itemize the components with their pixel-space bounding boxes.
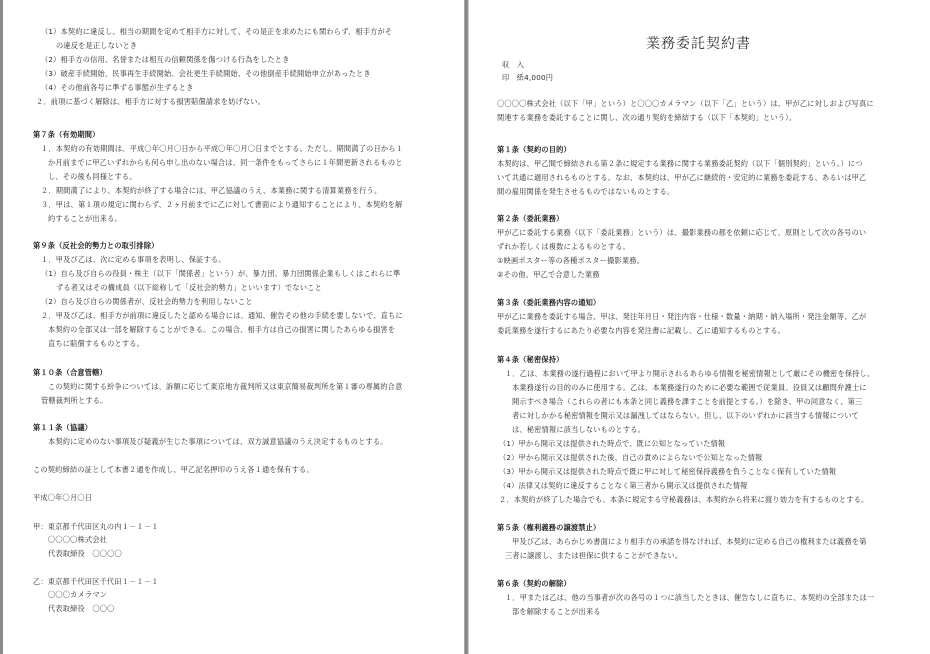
- text-line: この契約に関する紛争については、訴額に応じて東京地方裁判所又は東京簡易裁判所を第…: [48, 382, 402, 391]
- text-line: 三者に譲渡し、または担保に供することができない。: [505, 551, 682, 560]
- text-line: 平成〇年〇月〇日: [33, 493, 92, 502]
- text-line: （3）破産手続開始、民事再生手続開始、会社更生手続開始、その他倒産手続開始申立が…: [41, 69, 371, 78]
- text-line: 本契約に定めのない事項及び疑義が生じた事項については、双方誠意協議のうえ決定する…: [48, 437, 388, 446]
- document-title: 業務委託契約書: [646, 36, 751, 52]
- text-line: ２．前項に基づく解除は、相手方に対する損害賠償請求を妨げない。: [36, 97, 265, 106]
- text-line: の違反を是正しないとき: [56, 41, 137, 50]
- text-line: ３．甲は、第１項の規定に関わらず、２ヶ月前までに乙に対して書面により通知すること…: [41, 200, 402, 209]
- text-line: 印 紙4,000円: [502, 73, 553, 82]
- article-heading: 第４条（秘密保持）: [497, 355, 564, 364]
- text-line: 甲が乙に業務を委託する場合、甲は、発注年月日・発注内容・仕様・数量・納期・納入場…: [497, 312, 866, 321]
- text-line: 本業務遂行の目的のみに使用する。乙は、本業務遂行のために必要な範囲で従業員、役員…: [512, 383, 867, 392]
- article-heading: 第６条（契約の解除）: [497, 579, 571, 588]
- text-line: ２．甲及び乙は、相手方が前項に違反したと認める場合には、通知、催告その他の手続を…: [41, 311, 403, 320]
- text-line: （2）甲から開示又は提供された後、自己の責めによらないで公知となった情報: [499, 453, 762, 462]
- article-heading: 第７条（有効期間）: [33, 130, 100, 139]
- text-line: ②その他、甲乙で合意した業務: [497, 270, 600, 279]
- text-line: 約することが出来る。: [48, 214, 122, 223]
- text-line: １．甲または乙は、他の当事者が次の各号の１つに該当したときは、催告なしに直ちに、…: [505, 593, 874, 602]
- text-line: か月前までに甲乙いずれからも何ら申し出のない場合は、同一条件をもってさらに１年間…: [48, 158, 403, 167]
- text-line: この契約締結の証として本書２通を作成し、甲乙記名押印のうえ各１通を保有する。: [33, 465, 314, 474]
- text-line: （3）甲から開示又は提供された時点で既に甲に対して秘密保持義務を負うことなく保有…: [499, 467, 836, 476]
- text-line: ２．期間満了により、本契約が終了する場合には、甲乙協議のうえ、本業務に関する清算…: [41, 186, 381, 195]
- text-line: 関連する業務を委託することに関し、次の通り契約を締結する（以下「本契約」という）…: [497, 113, 796, 122]
- text-line: は、秘密情報に該当しないものとする。: [512, 425, 645, 434]
- text-line: １．甲及び乙は、次に定める事項を表明し、保証する。: [41, 255, 226, 264]
- text-line: し、その後も同様とする。: [48, 172, 137, 181]
- text-line: 本契約の全部又は一部を解除することができる。この場合、相手方は自己の損害に関した…: [48, 325, 395, 334]
- text-line: 開示すべき場合（これらの者にも本条と同じ義務を課すことを前提とする。）を除き、甲…: [512, 397, 862, 406]
- text-line: ２．本契約が終了した場合でも、本条に規定する守秘義務は、本契約から将来に渡り効力…: [499, 495, 868, 504]
- text-line: （2）相手方の信用、名誉または相互の信頼関係を傷つける行為をしたとき: [41, 55, 290, 64]
- text-line: （1）本契約に違反し、相当の期間を定めて相手方に対して、その是正を求めたにも関わ…: [41, 27, 392, 36]
- article-heading: 第９条（反社会的勢力との取引排除）: [33, 241, 159, 250]
- article-heading: 第５条（権利義務の譲渡禁止）: [497, 523, 600, 532]
- document-page-right: 業務委託契約書 収 入印 紙4,000円〇〇〇〇株式会社（以下「甲」という）と〇…: [469, 0, 930, 654]
- text-line: 本契約は、甲乙間で締結される第２条に規定する業務に関する業務委託契約（以下「個別…: [497, 159, 863, 168]
- article-heading: 第２条（委託業務）: [497, 214, 564, 223]
- text-line: 〇〇〇〇株式会社: [48, 535, 107, 544]
- text-line: 乙：東京都千代田区千代田１－１－１: [33, 577, 159, 586]
- text-line: 甲が乙に委託する業務（以下「委託業務」という）は、撮影業務の都を依頼に応じて、原…: [497, 228, 866, 237]
- text-line: （2）自ら及び自らの関係者が、反社会的勢力を利用しないこと: [41, 297, 253, 306]
- text-line: ずれか若しくは複数によるものとする。: [497, 242, 630, 251]
- text-line: １．乙は、本業務の遂行過程において甲より開示されるあらゆる情報を秘密情報として厳…: [505, 369, 874, 378]
- text-line: （4）法律又は契約に違反することなく第三者から開示又は提供された情報: [499, 481, 748, 490]
- text-line: 〇〇〇〇株式会社（以下「甲」という）と〇〇〇カメラマン（以下「乙」という）は、甲…: [497, 99, 874, 108]
- text-line: （4）その他前各号に準ずる事態が生ずるとき: [41, 83, 194, 92]
- text-line: いて共通に適用されるものとする。なお、本契約は、甲が乙に継続的・安定的に業務を委…: [497, 173, 866, 182]
- text-line: 代表取締役 〇〇〇: [48, 604, 115, 613]
- text-line: 間の雇用関係を発生させるものではないものとする。: [497, 187, 674, 196]
- text-line: ずる者又はその構成員（以下総称して「反社会的勢力」といいます）でないこと: [56, 283, 322, 292]
- text-line: ①映画ポスター等の各種ポスター撮影業務。: [497, 256, 644, 265]
- text-line: 甲及び乙は、あらかじめ書面により相手方の承諾を得なければ、本契約に定める自己の権…: [512, 537, 867, 546]
- text-line: 直ちに賠償するものとする。: [48, 339, 144, 348]
- text-line: 〇〇〇カメラマン: [48, 590, 107, 599]
- article-heading: 第１１条（協議）: [33, 423, 92, 432]
- text-line: （1）甲から開示又は提供された時点で、既に公知となっていた情報: [499, 439, 725, 448]
- document-page-left: （1）本契約に違反し、相当の期間を定めて相手方に対して、その是正を求めたにも関わ…: [3, 0, 464, 654]
- text-line: １．本契約の有効期間は、平成〇年〇月〇日から平成〇年〇月〇日までとする。ただし、…: [41, 144, 403, 153]
- text-line: 部を解除することが出来る: [512, 607, 601, 616]
- text-line: 者に対しかかる秘密情報を開示又は漏洩してはならない。但し、以下のいずれかに該当す…: [512, 411, 859, 420]
- text-line: 代表取締役 〇〇〇〇: [48, 549, 122, 558]
- text-line: 甲：東京都千代田区丸の内１－１－１: [33, 522, 159, 531]
- article-heading: 第１０条（合意管轄）: [33, 368, 107, 377]
- text-line: 収 入: [502, 60, 524, 69]
- text-line: 管轄裁判所とする。: [41, 396, 108, 405]
- text-line: 委託業務を遂行するにあたり必要な内容を発注書に記載し、乙に通知するものとする。: [497, 326, 785, 335]
- article-heading: 第３条（委託業務内容の通知）: [497, 298, 600, 307]
- article-heading: 第１条（契約の目的）: [497, 145, 571, 154]
- text-line: （1）自ら及び自らの役員・株主（以下「関係者」という）が、暴力団、暴力団関係企業…: [41, 269, 400, 278]
